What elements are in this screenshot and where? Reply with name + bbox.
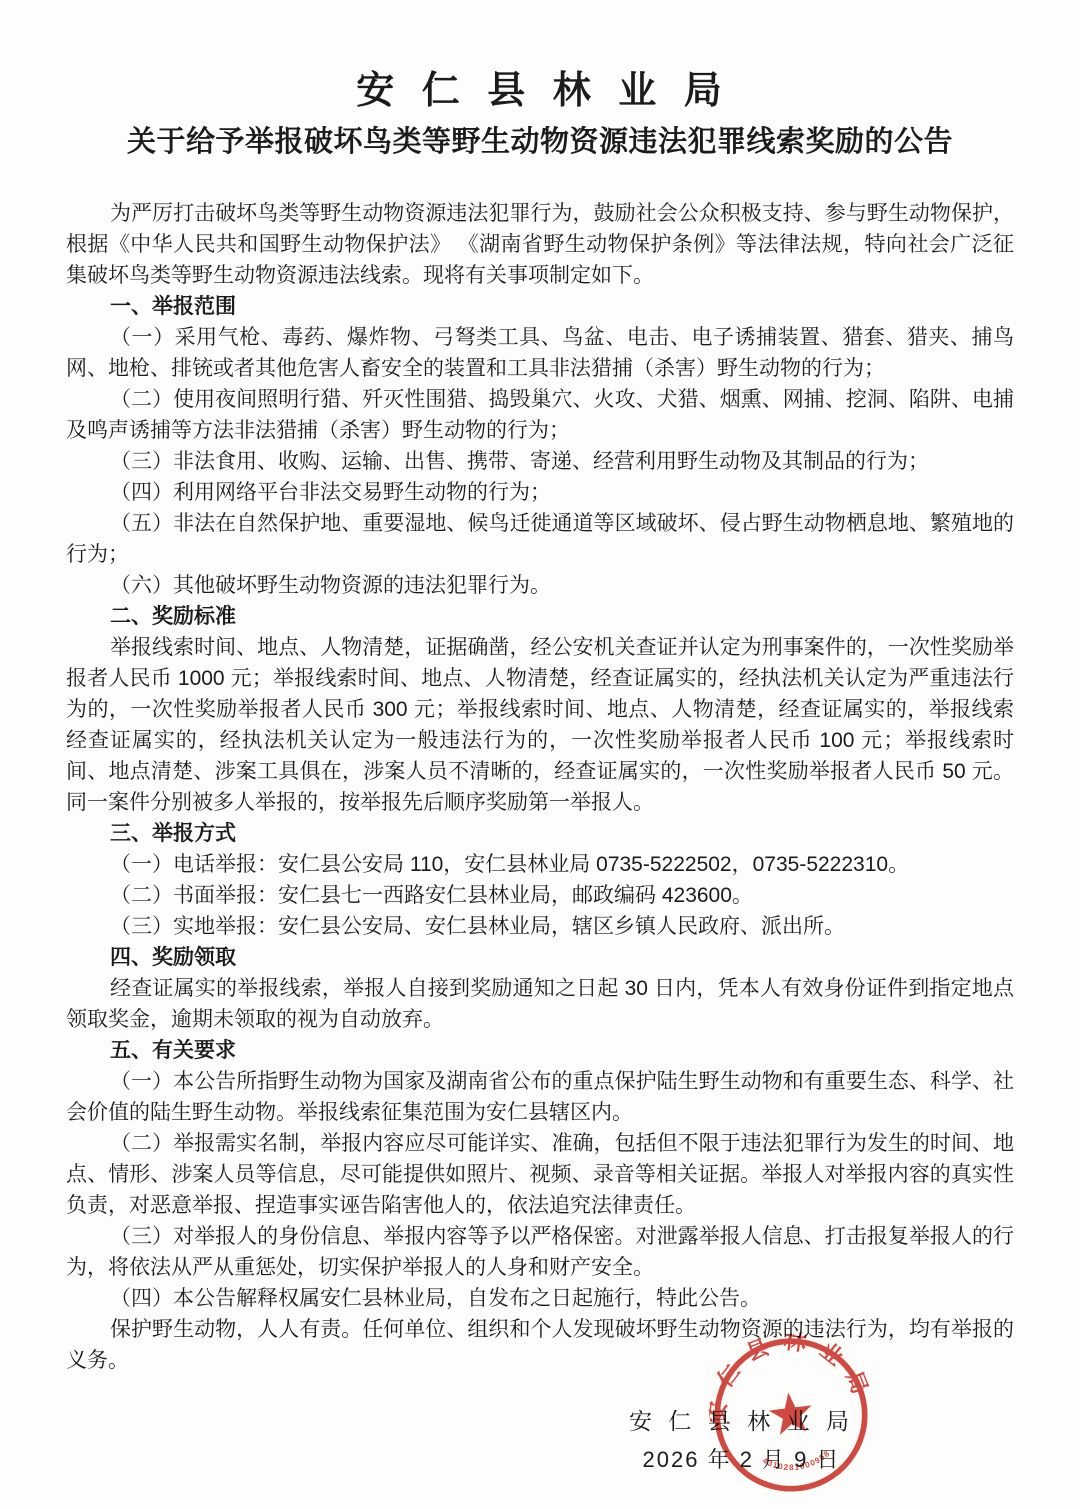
section-1-paragraph-6: （六）其他破坏野生动物资源的违法犯罪行为。 bbox=[66, 570, 1014, 601]
section-5-paragraph-4: （四）本公告解释权属安仁县林业局，自发布之日起施行，特此公告。 bbox=[66, 1283, 1014, 1314]
page-subtitle: 关于给予举报破坏鸟类等野生动物资源违法犯罪线索奖励的公告 bbox=[0, 122, 1080, 162]
section-heading-1: 一、举报范围 bbox=[66, 291, 1014, 322]
section-5-paragraph-3: （三）对举报人的身份信息、举报内容等予以严格保密。对泄露举报人信息、打击报复举报… bbox=[66, 1221, 1014, 1283]
section-1-paragraph-3: （三）非法食用、收购、运输、出售、携带、寄递、经营利用野生动物及其制品的行为； bbox=[66, 446, 1014, 477]
signature-block: 安 仁 县 林 业 局 2026 年 2 月 9 日 bbox=[629, 1406, 854, 1474]
section-3-paragraph-2: （二）书面举报：安仁县七一西路安仁县林业局，邮政编码 423600。 bbox=[66, 880, 1014, 911]
section-5-paragraph-5: 保护野生动物，人人有责。任何单位、组织和个人发现破坏野生动物资源的违法行为，均有… bbox=[66, 1314, 1014, 1376]
section-1-paragraph-4: （四）利用网络平台非法交易野生动物的行为； bbox=[66, 477, 1014, 508]
sections-container: 一、举报范围（一）采用气枪、毒药、爆炸物、弓弩类工具、鸟盆、电击、电子诱捕装置、… bbox=[66, 291, 1014, 1376]
document-body: 为严厉打击破坏鸟类等野生动物资源违法犯罪行为，鼓励社会公众积极支持、参与野生动物… bbox=[66, 198, 1014, 1474]
section-1-paragraph-2: （二）使用夜间照明行猎、歼灭性围猎、捣毁巢穴、火攻、犬猎、烟熏、网捕、挖洞、陷阱… bbox=[66, 384, 1014, 446]
section-4-paragraph-1: 经查证属实的举报线索，举报人自接到奖励通知之日起 30 日内，凭本人有效身份证件… bbox=[66, 973, 1014, 1035]
section-heading-3: 三、举报方式 bbox=[66, 818, 1014, 849]
section-5-paragraph-2: （二）举报需实名制，举报内容应尽可能详实、准确，包括但不限于违法犯罪行为发生的时… bbox=[66, 1128, 1014, 1221]
announcement-page: 安 仁 县 林 业 局 关于给予举报破坏鸟类等野生动物资源违法犯罪线索奖励的公告… bbox=[0, 0, 1080, 1509]
section-heading-2: 二、奖励标准 bbox=[66, 601, 1014, 632]
signature-org: 安 仁 县 林 业 局 bbox=[629, 1406, 854, 1436]
page-title: 安 仁 县 林 业 局 bbox=[0, 0, 1080, 114]
section-2-paragraph-1: 举报线索时间、地点、人物清楚，证据确凿，经公安机关查证并认定为刑事案件的，一次性… bbox=[66, 632, 1014, 818]
section-3-paragraph-3: （三）实地举报：安仁县公安局、安仁县林业局，辖区乡镇人民政府、派出所。 bbox=[66, 911, 1014, 942]
section-heading-5: 五、有关要求 bbox=[66, 1035, 1014, 1066]
section-5-paragraph-1: （一）本公告所指野生动物为国家及湖南省公布的重点保护陆生野生动物和有重要生态、科… bbox=[66, 1066, 1014, 1128]
signature-date: 2026 年 2 月 9 日 bbox=[629, 1446, 854, 1474]
section-1-paragraph-1: （一）采用气枪、毒药、爆炸物、弓弩类工具、鸟盆、电击、电子诱捕装置、猎套、猎夹、… bbox=[66, 322, 1014, 384]
intro-paragraph: 为严厉打击破坏鸟类等野生动物资源违法犯罪行为，鼓励社会公众积极支持、参与野生动物… bbox=[66, 198, 1014, 291]
section-1-paragraph-5: （五）非法在自然保护地、重要湿地、候鸟迁徙通道等区域破坏、侵占野生动物栖息地、繁… bbox=[66, 508, 1014, 570]
section-3-paragraph-1: （一）电话举报：安仁县公安局 110，安仁县林业局 0735-5222502，0… bbox=[66, 849, 1014, 880]
section-heading-4: 四、奖励领取 bbox=[66, 942, 1014, 973]
